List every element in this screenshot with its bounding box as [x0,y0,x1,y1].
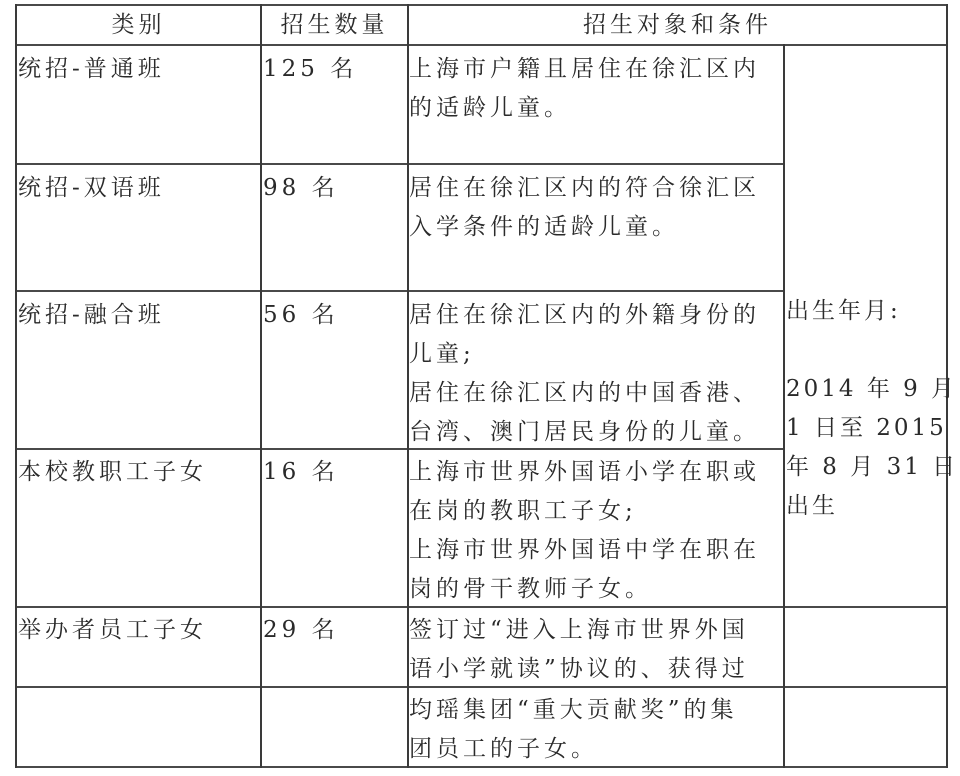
condition-line: 均瑶集团“重大贡献奖”的集 [409,691,738,730]
cell-category: 统招-双语班 [18,169,165,208]
condition-line: 台湾、澳门居民身份的儿童。 [409,413,760,452]
cell-quota: 56 名 [263,296,339,335]
cell-category: 统招-融合班 [18,296,165,335]
header-bottom-border [15,44,948,46]
condition-line: 语小学就读”协议的、获得过 [409,650,749,689]
birth-line: 出生 [786,487,958,526]
cell-conditions: 上海市户籍且居住在徐汇区内 的适龄儿童。 [409,50,760,128]
condition-line: 居住在徐汇区内的符合徐汇区 [409,169,760,208]
column-divider [783,44,785,768]
cell-quota: 125 名 [263,50,357,89]
cell-conditions: 签订过“进入上海市世界外国 语小学就读”协议的、获得过 [409,611,749,689]
cell-conditions: 上海市世界外国语小学在职或 在岗的教职工子女; 上海市世界外国语中学在职在 岗的… [409,453,760,609]
condition-line: 居住在徐汇区内的中国香港、 [409,374,760,413]
condition-line: 儿童; [409,335,760,374]
condition-line: 签订过“进入上海市世界外国 [409,611,749,650]
birth-line: 2014 年 9 月 [786,370,958,409]
condition-line: 团员工的子女。 [409,730,738,769]
column-divider [260,4,262,768]
condition-line: 上海市世界外国语中学在职在 [409,531,760,570]
birth-line: 年 8 月 31 日 [786,448,958,487]
birth-line: 出生年月: [786,292,958,331]
condition-line: 居住在徐汇区内的外籍身份的 [409,296,760,335]
birth-line: 1 日至 2015 [786,409,958,448]
birth-line [786,331,958,370]
condition-line: 岗的骨干教师子女。 [409,570,760,609]
condition-line: 入学条件的适龄儿童。 [409,208,760,247]
cell-conditions: 居住在徐汇区内的符合徐汇区 入学条件的适龄儿童。 [409,169,760,247]
header-category: 类别 [17,6,260,44]
header-quota: 招生数量 [262,6,407,44]
row-divider [15,290,784,292]
cell-category: 本校教职工子女 [18,453,207,492]
table-left-border [15,4,17,768]
cell-birth-requirement: 出生年月: 2014 年 9 月 1 日至 2015 年 8 月 31 日 出生 [786,292,958,526]
row-divider [15,163,784,165]
cell-category: 举办者员工子女 [18,611,207,650]
cell-conditions: 居住在徐汇区内的外籍身份的 儿童; 居住在徐汇区内的中国香港、 台湾、澳门居民身… [409,296,760,452]
cell-quota: 16 名 [263,453,339,492]
condition-line: 上海市世界外国语小学在职或 [409,453,760,492]
condition-line: 上海市户籍且居住在徐汇区内 [409,50,760,89]
condition-line: 的适龄儿童。 [409,89,760,128]
cell-quota: 98 名 [263,169,339,208]
condition-line: 在岗的教职工子女; [409,492,760,531]
cell-category: 统招-普通班 [18,50,165,89]
cell-conditions: 均瑶集团“重大贡献奖”的集 团员工的子女。 [409,691,738,769]
header-conditions: 招生对象和条件 [409,6,946,44]
cell-quota: 29 名 [263,611,339,650]
